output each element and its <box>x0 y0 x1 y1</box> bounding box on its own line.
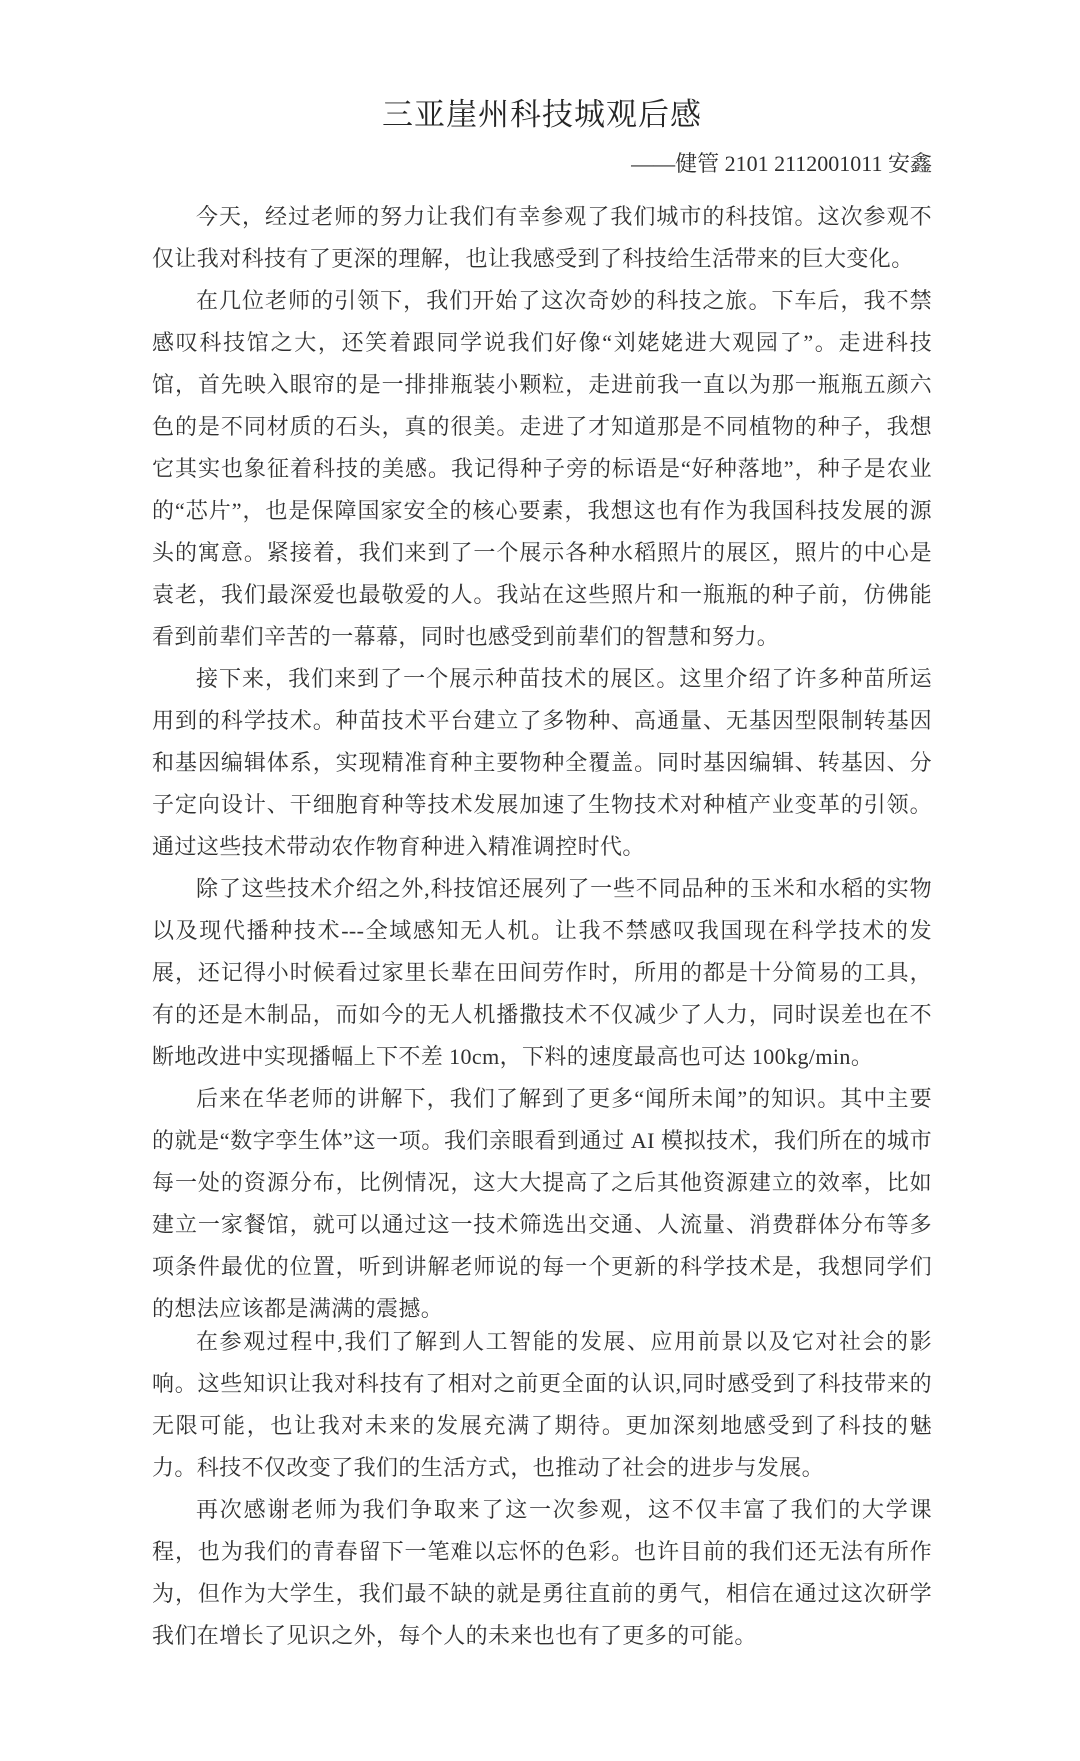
paragraph-drone-sowing: 除了这些技术介绍之外,科技馆还展列了一些不同品种的玉米和水稻的实物以及现代播种技… <box>152 868 932 1078</box>
document-title: 三亚崖州科技城观后感 <box>152 92 932 138</box>
paragraph-seedling-technology: 接下来，我们来到了一个展示种苗技术的展区。这里介绍了许多种苗所运用到的科学技术。… <box>152 658 932 868</box>
paragraph-ai-reflection: 在参观过程中,我们了解到人工智能的发展、应用前景以及它对社会的影响。这些知识让我… <box>152 1321 932 1489</box>
byline: ——健管 2101 2112001011 安鑫 <box>152 146 932 182</box>
document-page: 三亚崖州科技城观后感 ——健管 2101 2112001011 安鑫 今天，经过… <box>0 0 1080 1761</box>
paragraph-digital-twin: 后来在华老师的讲解下，我们了解到了更多“闻所未闻”的知识。其中主要的就是“数字孪… <box>152 1078 932 1330</box>
paragraph-seeds-exhibit: 在几位老师的引领下，我们开始了这次奇妙的科技之旅。下车后，我不禁感叹科技馆之大，… <box>152 280 932 658</box>
paragraph-intro: 今天，经过老师的努力让我们有幸参观了我们城市的科技馆。这次参观不仅让我对科技有了… <box>152 196 932 280</box>
paragraph-closing-thanks: 再次感谢老师为我们争取来了这一次参观，这不仅丰富了我们的大学课程，也为我们的青春… <box>152 1489 932 1657</box>
